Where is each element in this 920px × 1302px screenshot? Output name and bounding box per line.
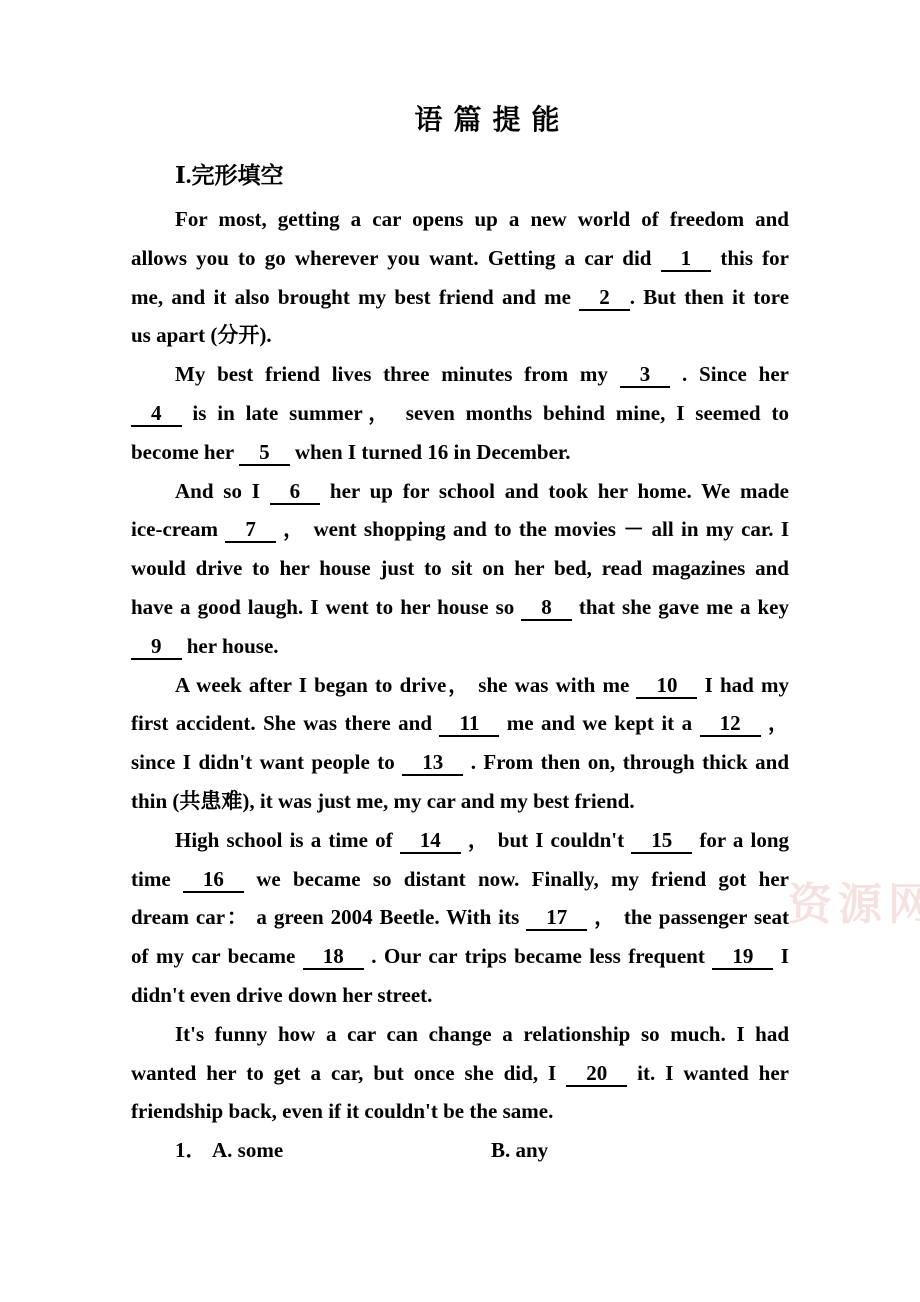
passage-line: thin (共患难), it was just me, my car and m…: [131, 782, 789, 821]
passage-line: My best friend lives three minutes from …: [131, 355, 789, 394]
question-number: 1．: [175, 1131, 212, 1170]
passage-line: friendship back, even if it couldn't be …: [131, 1092, 789, 1131]
cloze-blank: 7: [225, 517, 276, 543]
cloze-blank: 10: [636, 673, 697, 699]
cloze-blank: 19: [712, 944, 773, 970]
passage-line: allows you to go wherever you want. Gett…: [131, 239, 789, 278]
cloze-blank: 11: [439, 711, 499, 737]
cloze-blank: 15: [631, 828, 692, 854]
cloze-blank: 1: [661, 246, 712, 272]
passage-line: have a good laugh. I went to her house s…: [131, 588, 789, 627]
cloze-blank: 14: [400, 828, 461, 854]
passage-line: 4 is in late summer， seven months behind…: [131, 394, 789, 433]
passage-line: time 16 we became so distant now. Finall…: [131, 860, 789, 899]
cloze-blank: 12: [700, 711, 761, 737]
cloze-blank: 17: [526, 905, 587, 931]
passage-line: A week after I began to drive， she was w…: [131, 666, 789, 705]
question-option-a: A. some: [212, 1131, 491, 1170]
passage-line: It's funny how a car can change a relati…: [131, 1015, 789, 1054]
cloze-blank: 6: [270, 479, 321, 505]
cloze-blank: 20: [566, 1061, 627, 1087]
cloze-blank: 5: [239, 440, 290, 466]
section-heading: Ⅰ.完形填空: [131, 160, 789, 192]
passage: For most, getting a car opens up a new w…: [131, 200, 789, 1131]
passage-line: didn't even drive down her street.: [131, 976, 789, 1015]
passage-line: 9 her house.: [131, 627, 789, 666]
passage-line: first accident. She was there and 11 me …: [131, 704, 789, 743]
passage-line: And so I 6 her up for school and took he…: [131, 472, 789, 511]
passage-line: dream car： a green 2004 Beetle. With its…: [131, 898, 789, 937]
cloze-blank: 2: [579, 285, 630, 311]
passage-line: me, and it also brought my best friend a…: [131, 278, 789, 317]
passage-line: wanted her to get a car, but once she di…: [131, 1054, 789, 1093]
cloze-blank: 4: [131, 401, 182, 427]
passage-line: For most, getting a car opens up a new w…: [131, 200, 789, 239]
question-option-b: B. any: [491, 1131, 548, 1170]
cloze-blank: 9: [131, 634, 182, 660]
question-row: 1．A. someB. any: [131, 1131, 789, 1170]
content-area: Ⅰ.完形填空 For most, getting a car opens up …: [0, 160, 920, 1170]
cloze-blank: 18: [303, 944, 364, 970]
passage-line: become her 5 when I turned 16 in Decembe…: [131, 433, 789, 472]
exam-page: 语 篇 提 能 Ⅰ.完形填空 For most, getting a car o…: [0, 0, 920, 1302]
passage-line: would drive to her house just to sit on …: [131, 549, 789, 588]
cloze-blank: 3: [620, 362, 671, 388]
cloze-blank: 13: [402, 750, 463, 776]
cloze-blank: 8: [521, 595, 572, 621]
passage-line: of my car became 18 . Our car trips beca…: [131, 937, 789, 976]
passage-line: ice-cream 7 ， went shopping and to the m…: [131, 510, 789, 549]
passage-line: High school is a time of 14 ， but I coul…: [131, 821, 789, 860]
page-title: 语 篇 提 能: [28, 101, 920, 141]
passage-line: since I didn't want people to 13 . From …: [131, 743, 789, 782]
cloze-blank: 16: [183, 867, 244, 893]
passage-line: us apart (分开).: [131, 316, 789, 355]
